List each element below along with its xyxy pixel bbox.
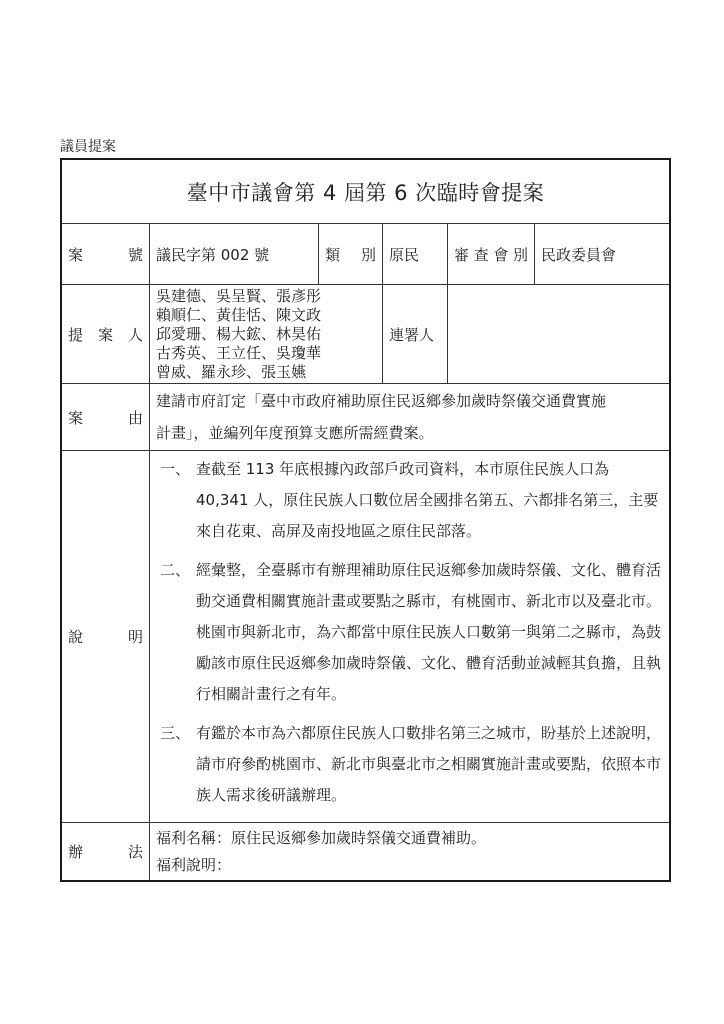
- proposer-label: 提 案 人: [62, 285, 150, 383]
- reason-line: 建請市府訂定「臺中市政府補助原住民返鄉參加歲時祭儀交通費實施: [156, 385, 606, 417]
- explanation-body: 一、 查截至 113 年底根據內政部戶政司資料，本市原住民族人口為40,341 …: [150, 451, 669, 822]
- case-number-value: 議民字第 002 號: [150, 224, 319, 284]
- label-char: 案: [98, 324, 113, 345]
- proposal-table: 臺中市議會第 4 屆第 6 次臨時會提案 案 號 議民字第 002 號 類 別 …: [60, 158, 671, 882]
- label-char: 法: [128, 841, 143, 862]
- label-char: 查: [474, 244, 489, 265]
- method-text: 福利名稱：原住民返鄉參加歲時祭儀交通費補助。 福利說明：: [150, 823, 669, 880]
- title-row: 臺中市議會第 4 屆第 6 次臨時會提案: [62, 160, 669, 224]
- label-char: 會: [493, 244, 508, 265]
- label-char: 號: [128, 244, 143, 265]
- explanation-row: 說 明 一、 查截至 113 年底根據內政部戶政司資料，本市原住民族人口為40,…: [62, 451, 669, 823]
- label-char: 明: [128, 626, 143, 647]
- document-caption: 議員提案: [60, 136, 116, 156]
- method-line: 福利說明：: [156, 852, 231, 879]
- label-char: 案: [68, 407, 83, 428]
- method-line: 福利名稱：原住民返鄉參加歲時祭儀交通費補助。: [156, 825, 486, 852]
- proposer-names-line: 吳建德、吳呈賢、張彥彤: [156, 287, 321, 306]
- explanation-label: 說 明: [62, 451, 150, 822]
- method-label: 辦 法: [62, 823, 150, 880]
- label-char: 案: [68, 244, 83, 265]
- explanation-paragraph-1: 一、 查截至 113 年底根據內政部戶政司資料，本市原住民族人口為40,341 …: [160, 454, 661, 547]
- document-title: 臺中市議會第 4 屆第 6 次臨時會提案: [62, 177, 669, 207]
- proposer-names: 吳建德、吳呈賢、張彥彤 賴順仁、黃佳恬、陳文政 邱愛珊、楊大鋐、林昊佑 古秀英、…: [150, 285, 383, 383]
- reason-label: 案 由: [62, 384, 150, 450]
- proposer-row: 提 案 人 吳建德、吳呈賢、張彥彤 賴順仁、黃佳恬、陳文政 邱愛珊、楊大鋐、林昊…: [62, 285, 669, 384]
- explanation-paragraph-3: 三、 有鑑於本市為六都原住民族人口數排名第三之城市，盼基於上述說明，請市府參酌桃…: [160, 718, 661, 811]
- label-char: 說: [68, 626, 83, 647]
- cosigner-value: [448, 285, 669, 383]
- category-value: 原民: [383, 224, 448, 284]
- committee-value: 民政委員會: [535, 224, 669, 284]
- method-row: 辦 法 福利名稱：原住民返鄉參加歲時祭儀交通費補助。 福利說明：: [62, 823, 669, 880]
- case-number-label: 案 號: [62, 224, 150, 284]
- label-char: 辦: [68, 841, 83, 862]
- proposer-names-line: 古秀英、王立任、吳瓊華: [156, 344, 321, 363]
- proposer-names-line: 邱愛珊、楊大鋐、林昊佑: [156, 325, 321, 344]
- paragraph-number: 二、: [160, 555, 196, 710]
- reason-text: 建請市府訂定「臺中市政府補助原住民返鄉參加歲時祭儀交通費實施 計畫」，並編列年度…: [150, 384, 669, 450]
- category-label: 類 別: [319, 224, 383, 284]
- paragraph-text: 查截至 113 年底根據內政部戶政司資料，本市原住民族人口為40,341 人，原…: [196, 454, 661, 547]
- paragraph-text: 經彙整，全臺縣市有辦理補助原住民返鄉參加歲時祭儀、文化、體育活動交通費相關實施計…: [196, 555, 661, 710]
- label-char: 審: [454, 244, 469, 265]
- proposer-names-line: 賴順仁、黃佳恬、陳文政: [156, 306, 321, 325]
- label-char: 提: [68, 324, 83, 345]
- proposer-names-line: 曾威、羅永珍、張玉嬿: [156, 363, 306, 382]
- label-char: 人: [128, 324, 143, 345]
- reason-line: 計畫」，並編列年度預算支應所需經費案。: [156, 417, 434, 449]
- paragraph-number: 三、: [160, 718, 196, 811]
- committee-label: 審 查 會 別: [448, 224, 535, 284]
- case-info-row: 案 號 議民字第 002 號 類 別 原民 審 查 會 別 民政委員會: [62, 224, 669, 285]
- label-char: 由: [128, 407, 143, 428]
- label-char: 別: [361, 244, 376, 265]
- paragraph-text: 有鑑於本市為六都原住民族人口數排名第三之城市，盼基於上述說明，請市府參酌桃園市、…: [196, 718, 661, 811]
- label-char: 類: [325, 244, 340, 265]
- cosigner-label: 連署人: [383, 285, 448, 383]
- label-char: 別: [513, 244, 528, 265]
- paragraph-number: 一、: [160, 454, 196, 547]
- reason-row: 案 由 建請市府訂定「臺中市政府補助原住民返鄉參加歲時祭儀交通費實施 計畫」，並…: [62, 384, 669, 451]
- explanation-paragraph-2: 二、 經彙整，全臺縣市有辦理補助原住民返鄉參加歲時祭儀、文化、體育活動交通費相關…: [160, 555, 661, 710]
